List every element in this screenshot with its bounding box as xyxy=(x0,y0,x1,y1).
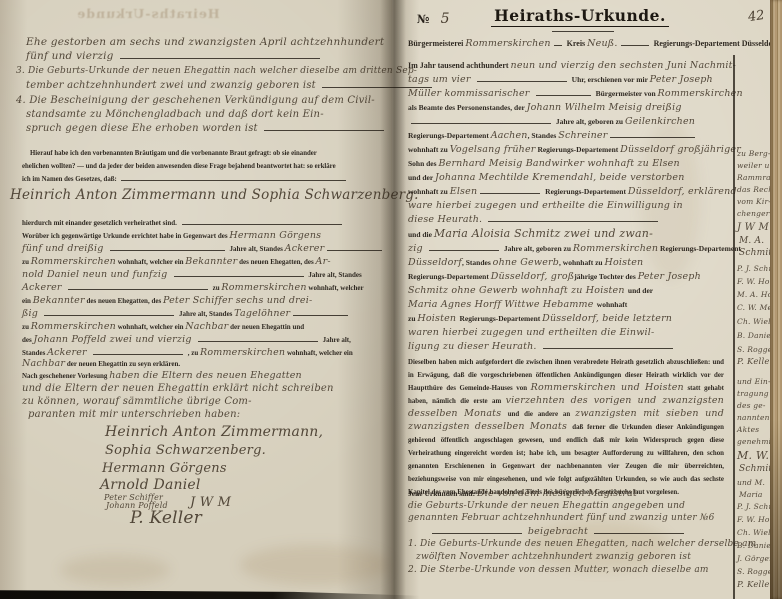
text-line: B. Daniel xyxy=(737,330,774,341)
text-line: M. W. xyxy=(737,450,769,461)
text-line: B. Daniel xyxy=(737,540,774,551)
handwritten-text: Aktes xyxy=(737,425,759,434)
handwritten-text: vom Kir- xyxy=(737,197,771,206)
handwritten-text: und M. xyxy=(737,478,765,487)
handwritten-text: B. Daniel xyxy=(737,331,774,340)
handwritten-text: J W M xyxy=(737,222,769,233)
text-line: zu Berg- xyxy=(737,148,771,159)
document-scan: Heiraths-Urkunde № 5 Heiraths-Urkunde. 4… xyxy=(0,0,782,599)
handwritten-text: Maria xyxy=(739,490,763,499)
text-line: und Ein- xyxy=(737,376,771,387)
handwritten-text: P. Keller xyxy=(737,580,774,590)
text-line: und M. xyxy=(737,477,765,488)
text-line: tragung xyxy=(737,388,769,399)
handwritten-text: M. A. xyxy=(739,236,764,246)
handwritten-text: M. W. xyxy=(737,449,769,462)
book-fore-edge xyxy=(770,0,782,599)
margin-notes: zu Berg-weiler undRammrathdas Rechtvom K… xyxy=(0,0,782,599)
handwritten-text: B. Daniel xyxy=(737,541,774,550)
handwritten-text: nannten xyxy=(737,413,770,422)
text-line: vom Kir- xyxy=(737,196,771,207)
text-line: nannten xyxy=(737,412,770,423)
text-line: Aktes xyxy=(737,424,759,435)
text-line: des ge- xyxy=(737,400,766,411)
text-line: P. Keller xyxy=(737,357,774,368)
text-line: Maria xyxy=(739,489,763,500)
text-line: M. A. xyxy=(739,236,764,247)
handwritten-text: des ge- xyxy=(737,401,766,410)
handwritten-text: tragung xyxy=(737,389,769,398)
text-line: J W M xyxy=(737,222,769,233)
text-line: P. Keller xyxy=(737,580,774,591)
handwritten-text: P. Keller xyxy=(737,357,774,367)
handwritten-text: zu Berg- xyxy=(737,149,771,158)
handwritten-text: und Ein- xyxy=(737,377,771,386)
